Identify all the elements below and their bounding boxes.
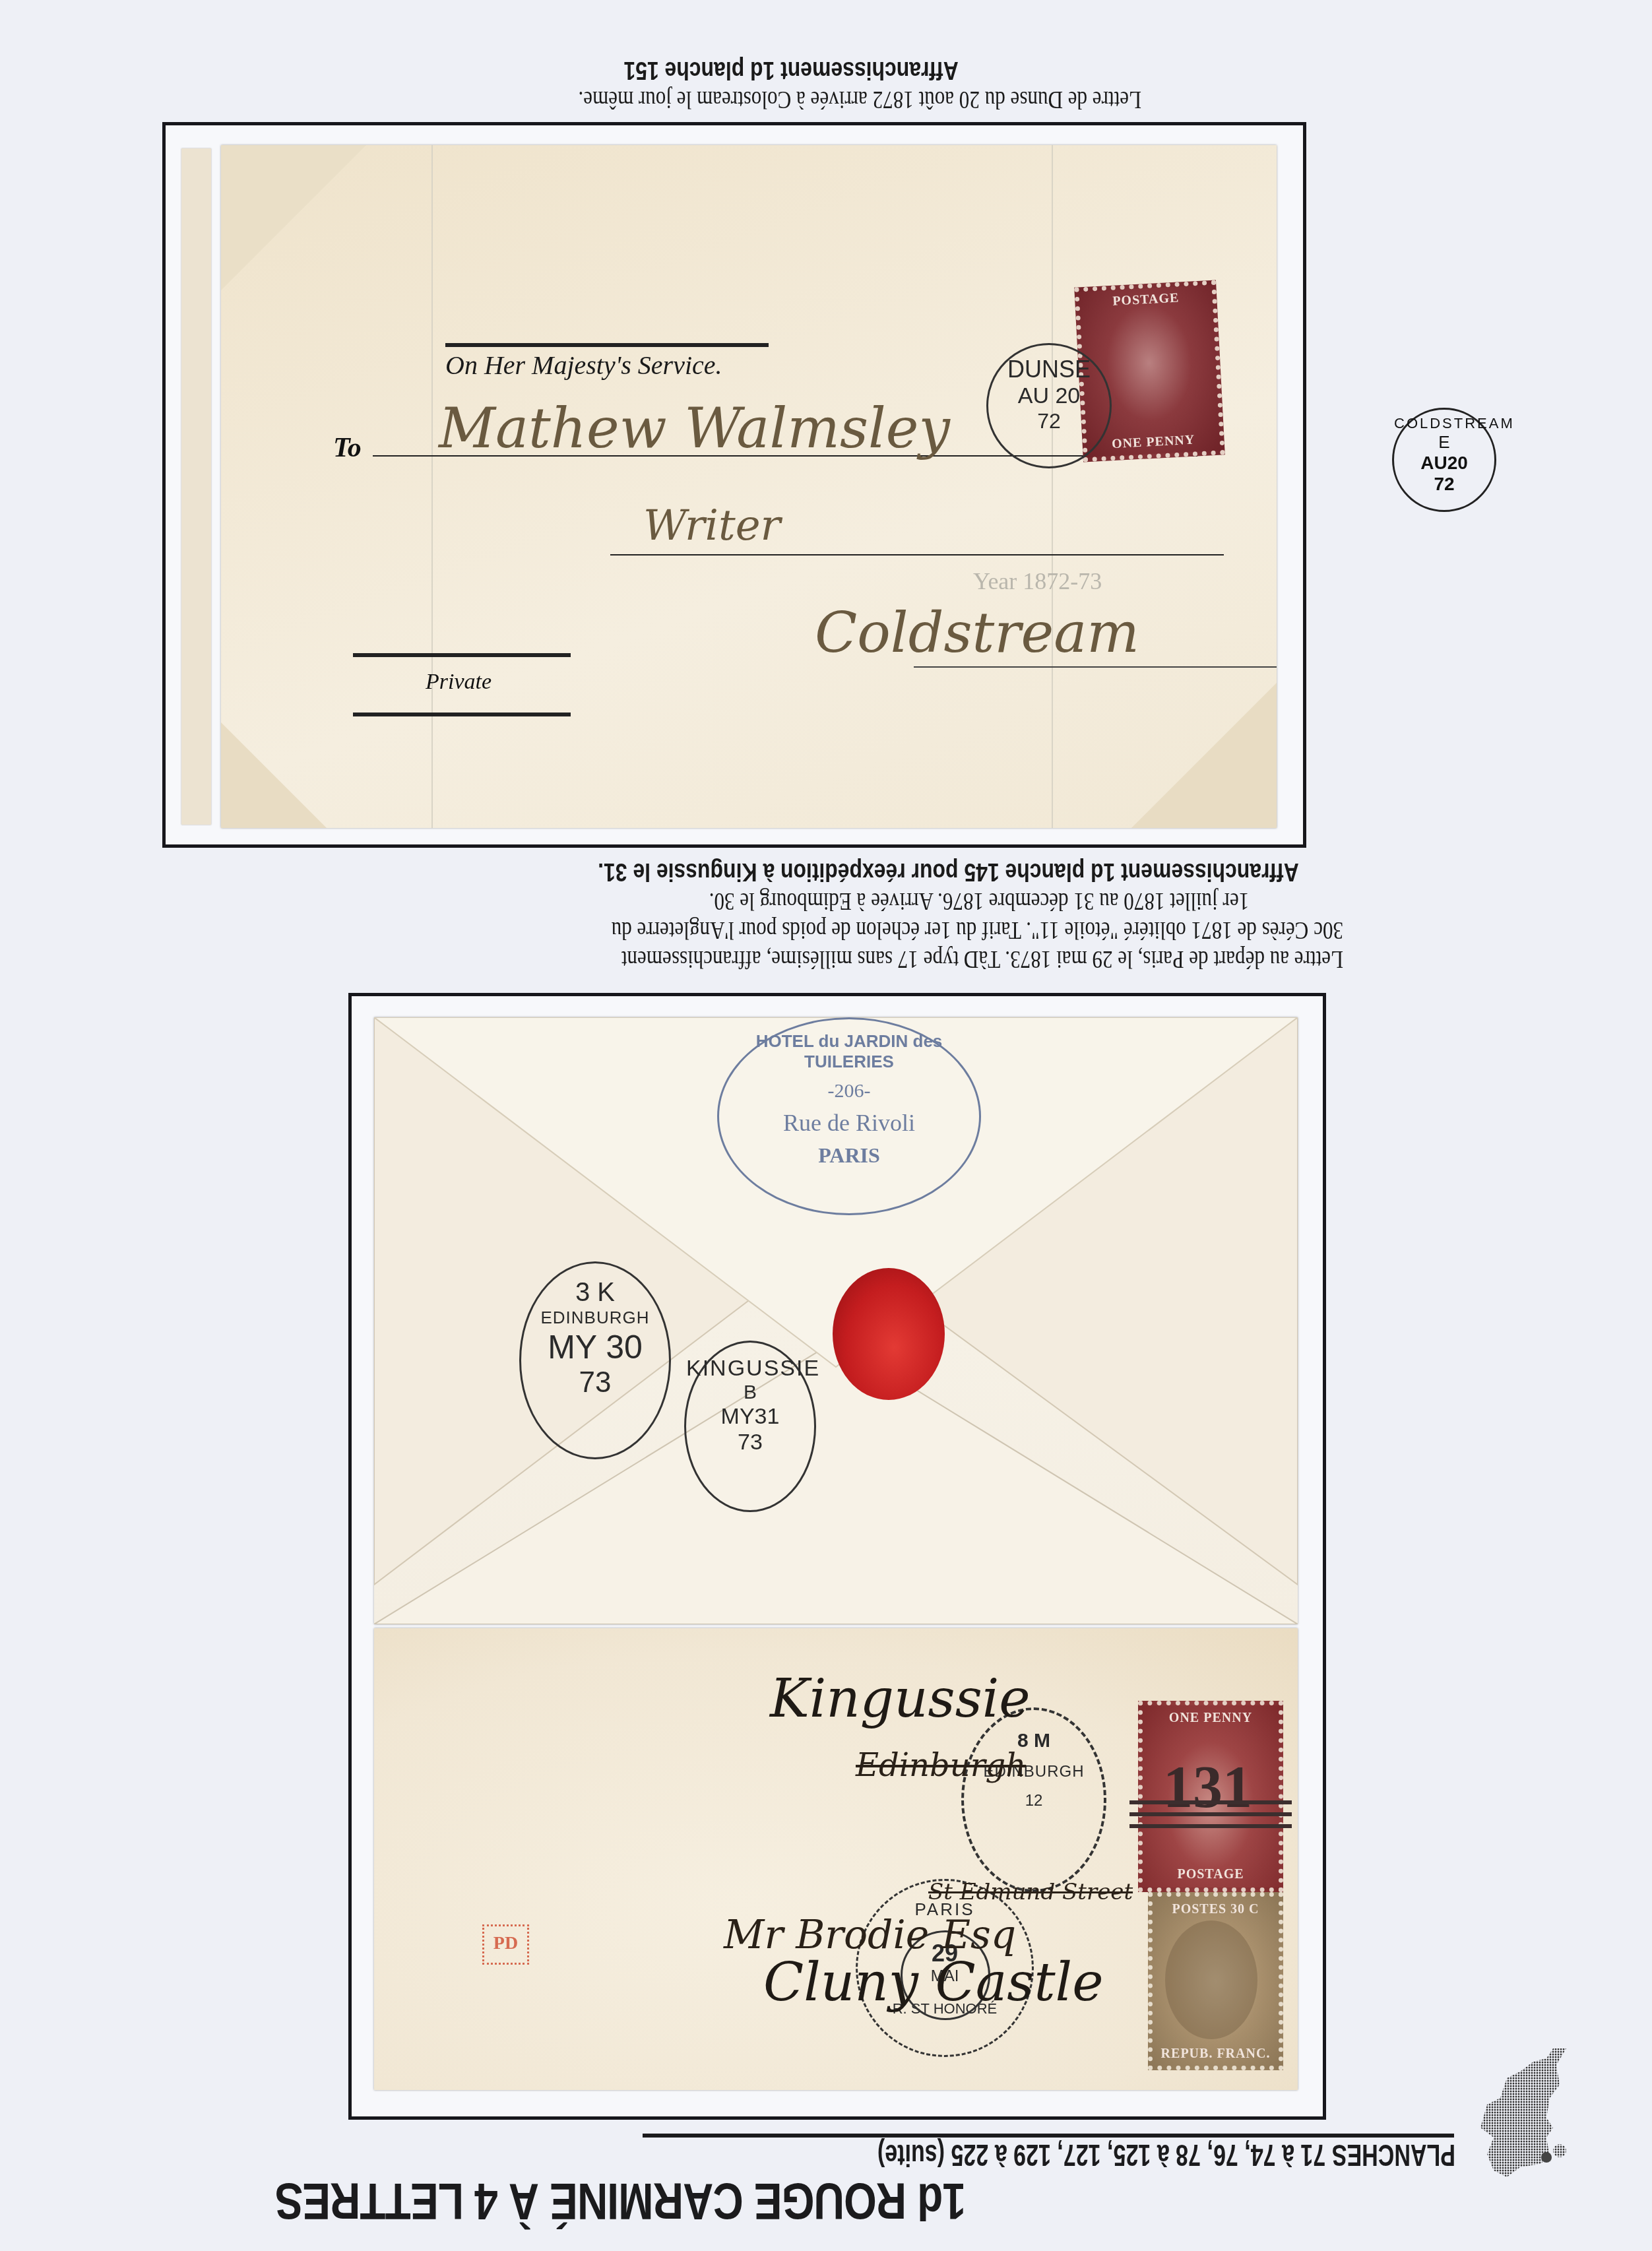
letter-frame-dunse: On Her Majesty's Service. To Private Lod… [162,122,1306,848]
page-title: 1d ROUGE CARMINÉ À 4 LETTRES [241,2171,966,2231]
postmark-edinburgh-arrival: 3 K EDINBURGH MY 30 73 [519,1261,671,1459]
red-wax-seal [833,1268,945,1400]
subtitle-underline [643,2134,1454,2138]
address-block: Mr Brodie Esq Cluny Castle St Edmund Str… [374,1628,1298,2090]
address-line-2 [610,554,1224,555]
postmark-kingussie: KINGUSSIE B MY31 73 [684,1341,816,1512]
service-underline [445,343,769,347]
address-line-3 [914,666,1277,668]
envelope-front: POSTES 30 C REPUB. FRANC. ONE PENNY POST… [374,1628,1298,2090]
handwritten-profession: Writer [643,501,780,550]
hotel-tuileries-cachet: HOTEL du JARDIN des TUILERIES -206- Rue … [717,1017,981,1215]
caption-letter-dunse-text: Lettre de Dunse du 20 août 1872 arrivée … [294,55,1141,113]
letter-fold-edge [181,148,211,825]
printed-service: On Her Majesty's Service. [445,350,722,381]
map-logo-icon [1467,2042,1586,2190]
printed-private: Private [426,670,492,695]
address-house: Cluny Castle [763,1951,1104,2013]
private-rule-bottom [353,713,571,716]
address-street-crossed: St Edmund Street [928,1879,1133,1905]
faint-year: Year 1872-73 [973,567,1102,595]
postmark-coldstream: COLDSTREAM E AU20 72 [1392,408,1496,512]
letter-frame-paris: POSTES 30 C REPUB. FRANC. ONE PENNY POST… [348,993,1326,2120]
printed-to: To [333,432,362,464]
address-redirect: Kingussie [770,1668,1031,1729]
caption-letter-paris: Lettre au départ de Paris, le 29 mai 187… [351,857,1343,973]
letter-content: On Her Majesty's Service. To Private Lod… [221,145,1277,828]
private-rule-top [353,653,571,657]
address-city-crossed: Edinburgh [856,1747,1026,1784]
album-page: 1d ROUGE CARMINÉ À 4 LETTRES PLANCHES 71… [0,0,1652,2251]
letter-sheet: On Her Majesty's Service. To Private Lod… [221,145,1277,828]
handwritten-name: Mathew Walmsley [439,396,950,460]
page-subtitle: PLANCHES 71 à 74, 76, 78 à 125, 127, 129… [877,2138,1455,2173]
postmark-dunse: DUNSE AU 20 72 [986,343,1112,468]
handwritten-town: Coldstream [815,600,1139,665]
envelope-back: KINGUSSIE B MY31 73 3 K EDINBURGH MY 30 … [374,1017,1298,1624]
